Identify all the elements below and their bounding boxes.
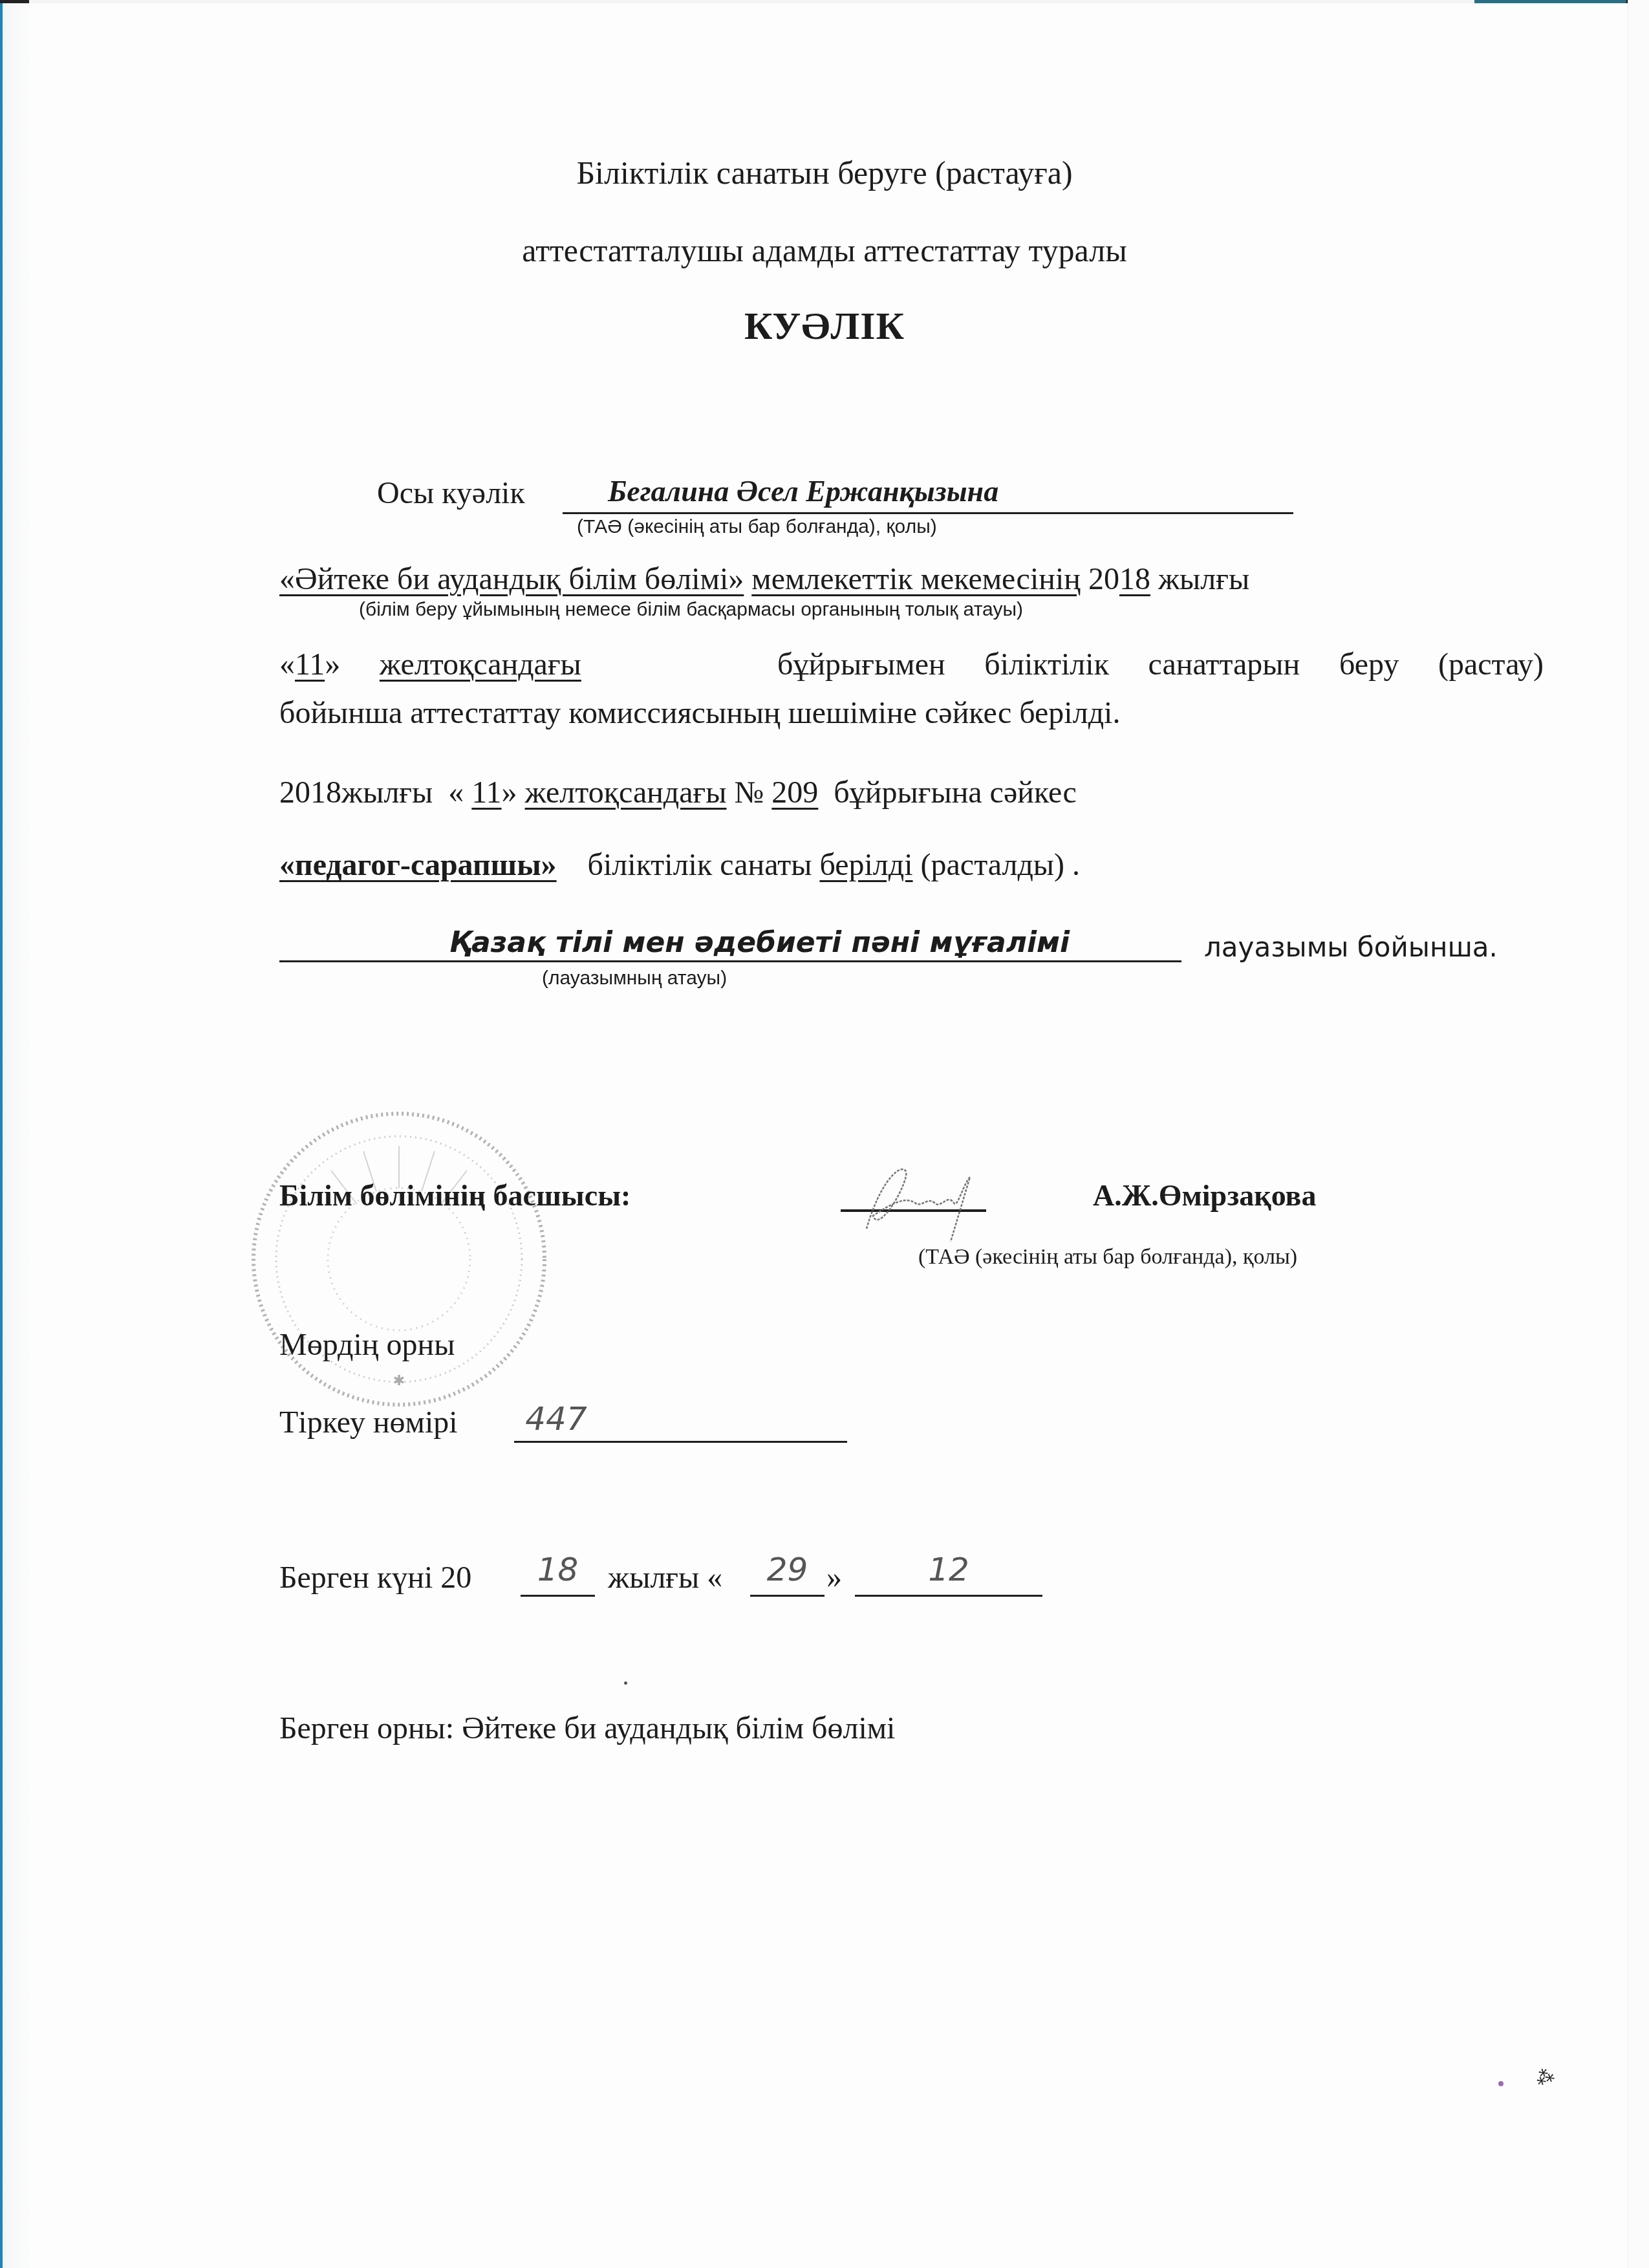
order-text-1: бұйрығымен біліктілік санаттарын беру (р… bbox=[777, 647, 1544, 682]
heading-line-2: аттестатталушы адамды аттестаттау туралы bbox=[0, 232, 1649, 269]
position-caption: (лауазымның атауы) bbox=[542, 967, 727, 989]
issue-close-quote: » bbox=[826, 1560, 842, 1595]
scan-edge-top bbox=[0, 0, 1649, 3]
organization-caption: (білім беру ұйымының немесе білім басқар… bbox=[359, 599, 1023, 621]
organization-line: «Әйтеке би аудандық білім бөлімі» мемлек… bbox=[279, 561, 1249, 597]
holder-name-value: Бегалина Әсел Ержанқызына bbox=[608, 474, 998, 508]
issue-year-word: жылғы « bbox=[608, 1560, 722, 1595]
category-text: біліктілік санаты bbox=[588, 848, 812, 882]
issue-day-underline bbox=[750, 1595, 824, 1597]
order-ref-day: 11 bbox=[471, 775, 501, 810]
category-line: «педагог-сарапшы» біліктілік санаты бері… bbox=[279, 847, 1080, 883]
order-day: 11 bbox=[295, 647, 325, 682]
svg-text:✱: ✱ bbox=[393, 1372, 405, 1388]
holder-prefix: Осы куәлік bbox=[377, 475, 525, 511]
registration-number: 447 bbox=[427, 1400, 685, 1438]
official-stamp-icon: ✱ bbox=[247, 1107, 551, 1411]
order-ref-month: желтоқсандағы bbox=[525, 775, 727, 810]
holder-name-underline bbox=[563, 512, 1293, 514]
position-underline bbox=[279, 960, 1181, 962]
order-month: желтоқсандағы bbox=[380, 647, 581, 682]
order-ref-suffix: бұйрығына сәйкес bbox=[834, 775, 1077, 810]
organization-year-suffix: 18 bbox=[1119, 562, 1150, 596]
order-reference-line: 2018жылғы « 11» желтоқсандағы № 209 бұйр… bbox=[279, 775, 1077, 810]
issue-year-value: 18 bbox=[521, 1551, 595, 1588]
issue-month-underline bbox=[855, 1595, 1042, 1597]
issued-by: Берген орны: Әйтеке би аудандық білім бө… bbox=[279, 1711, 895, 1746]
heading-line-1: Біліктілік санатын беруге (растауға) bbox=[0, 154, 1649, 191]
scan-speck: ⁂ bbox=[1533, 2064, 1557, 2091]
organization-year-word: жылғы bbox=[1158, 562, 1249, 596]
issue-day-value: 29 bbox=[750, 1551, 824, 1588]
issue-month-value: 12 bbox=[855, 1551, 1042, 1588]
signatory-caption: (ТАӘ (әкесінің аты бар болғанда), қолы) bbox=[918, 1245, 1297, 1269]
position-title: Қазақ тілі мен әдебиеті пәні мұғалімі bbox=[449, 926, 1070, 959]
organization-name: «Әйтеке би аудандық білім бөлімі» bbox=[279, 562, 744, 596]
category-confirmed: (расталды) . bbox=[921, 848, 1081, 882]
document-title: КУӘЛІК bbox=[0, 304, 1649, 349]
order-ref-number: 209 bbox=[771, 775, 818, 810]
category-name: «педагог-сарапшы» bbox=[279, 848, 557, 882]
issue-year-underline bbox=[521, 1595, 595, 1597]
organization-year-prefix: 20 bbox=[1088, 562, 1119, 596]
order-ref-number-sign: № bbox=[735, 775, 764, 810]
stamp-place-label: Мөрдің орны bbox=[279, 1327, 455, 1363]
signatory-name: А.Ж.Өмірзақова bbox=[1093, 1178, 1316, 1213]
order-ref-year: 2018жылғы bbox=[279, 775, 433, 810]
position-suffix: лауазымы бойынша. bbox=[1204, 931, 1498, 963]
scan-speck bbox=[624, 1681, 627, 1685]
organization-type: мемлекеттік мекемесінің bbox=[751, 562, 1081, 596]
signature-icon bbox=[854, 1158, 996, 1248]
order-date-line-2: бойынша аттестаттау комиссиясының шешімі… bbox=[279, 695, 1120, 731]
registration-underline bbox=[514, 1441, 847, 1443]
signatory-label: Білім бөлімінің басшысы: bbox=[279, 1178, 630, 1213]
order-date-line-1: «11» желтоқсандағы бұйрығымен біліктілік… bbox=[279, 647, 1544, 682]
scan-speck bbox=[1498, 2081, 1503, 2086]
issue-date-label: Берген күні 20 bbox=[279, 1560, 471, 1595]
holder-name-caption: (ТАӘ (әкесінің аты бар болғанда), қолы) bbox=[577, 516, 937, 538]
category-granted: берілді bbox=[819, 848, 912, 882]
